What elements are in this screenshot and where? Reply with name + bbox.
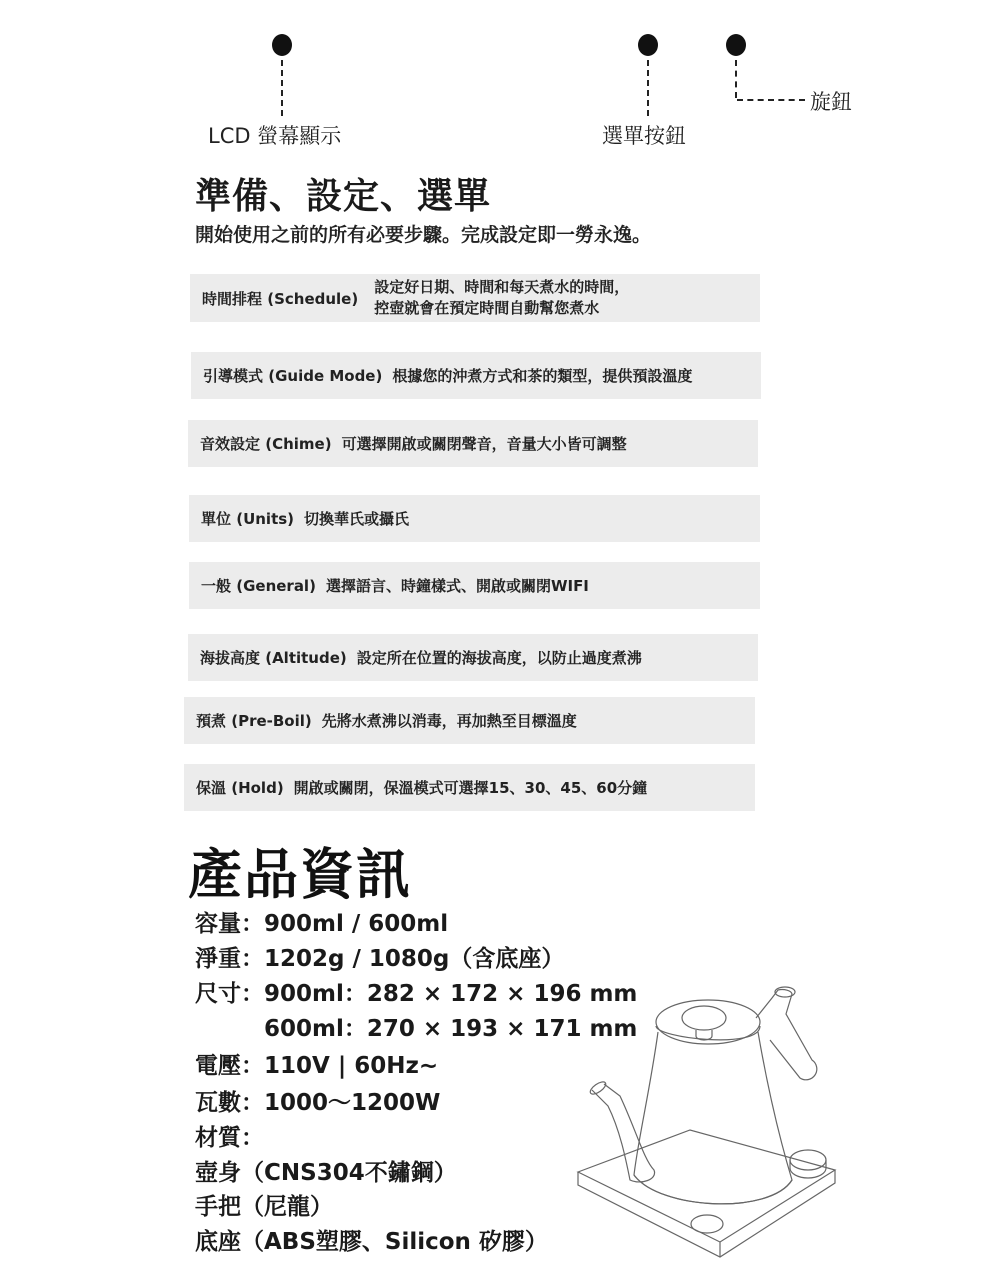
menu-button-callout-label: 選單按鈕 (602, 120, 686, 150)
menu-item-desc-line2: 控壺就會在預定時間自動幫您煮水 (374, 298, 629, 319)
menu-item-desc: 先將水煮沸以消毒，再加熱至目標溫度 (322, 710, 577, 731)
lcd-callout-dot (272, 34, 292, 56)
menu-item-term: 音效設定 (Chime) (200, 433, 332, 454)
spec-capacity: 容量：900ml / 600ml (195, 905, 448, 938)
lcd-callout-line (281, 60, 283, 116)
product-info-title: 產品資訊 (188, 832, 412, 909)
spec-wattage: 瓦數：1000～1200W (195, 1084, 440, 1117)
menu-item-desc: 設定好日期、時間和每天煮水的時間， 控壺就會在預定時間自動幫您煮水 (374, 277, 629, 319)
spec-material-base: 底座（ABS塑膠、Silicon 矽膠） (195, 1223, 548, 1256)
menu-item-term: 預煮 (Pre-Boil) (196, 710, 312, 731)
menu-item-desc: 選擇語言、時鐘樣式、開啟或關閉WIFI (326, 575, 589, 596)
menu-item-desc: 切換華氏或攝氏 (304, 508, 409, 529)
knob-callout-dot (726, 34, 746, 56)
menu-item-guide-mode: 引導模式 (Guide Mode) 根據您的沖煮方式和茶的類型，提供預設溫度 (191, 352, 761, 399)
menu-item-term: 保溫 (Hold) (196, 777, 284, 798)
menu-item-hold: 保溫 (Hold) 開啟或關閉，保溫模式可選擇15、30、45、60分鐘 (184, 764, 755, 811)
menu-item-desc: 設定所在位置的海拔高度，以防止過度煮沸 (357, 647, 642, 668)
menu-item-pre-boil: 預煮 (Pre-Boil) 先將水煮沸以消毒，再加熱至目標溫度 (184, 697, 755, 744)
menu-item-schedule: 時間排程 (Schedule) 設定好日期、時間和每天煮水的時間， 控壺就會在預… (190, 274, 760, 322)
setup-title: 準備、設定、選單 (195, 168, 491, 219)
menu-item-desc: 根據您的沖煮方式和茶的類型，提供預設溫度 (392, 365, 692, 386)
menu-button-callout-dot (638, 34, 658, 56)
menu-item-term: 海拔高度 (Altitude) (200, 647, 347, 668)
menu-item-term: 單位 (Units) (201, 508, 294, 529)
menu-item-desc: 開啟或關閉，保溫模式可選擇15、30、45、60分鐘 (294, 777, 648, 798)
lcd-callout-label: LCD 螢幕顯示 (208, 120, 341, 150)
menu-item-desc: 可選擇開啟或關閉聲音，音量大小皆可調整 (342, 433, 627, 454)
spec-material-body: 壺身（CNS304不鏽鋼） (195, 1154, 457, 1187)
menu-item-general: 一般 (General) 選擇語言、時鐘樣式、開啟或關閉WIFI (189, 562, 760, 609)
spec-material-label: 材質： (195, 1119, 264, 1152)
menu-item-term: 時間排程 (Schedule) (202, 288, 358, 309)
knob-callout-line (735, 60, 737, 98)
spec-voltage: 電壓：110V | 60Hz~ (195, 1047, 438, 1080)
knob-callout-label: 旋鈕 (810, 86, 852, 116)
menu-item-desc-line1: 設定好日期、時間和每天煮水的時間， (374, 277, 629, 298)
spec-material-handle: 手把（尼龍） (195, 1188, 333, 1221)
spec-weight: 淨重：1202g / 1080g（含底座） (195, 940, 564, 973)
menu-item-term: 一般 (General) (201, 575, 316, 596)
menu-button-callout-line (647, 60, 649, 116)
kettle-illustration-icon (570, 980, 850, 1268)
knob-callout-hline (737, 99, 805, 101)
menu-item-units: 單位 (Units) 切換華氏或攝氏 (189, 495, 760, 542)
setup-subtitle: 開始使用之前的所有必要步驟。完成設定即一勞永逸。 (195, 220, 651, 247)
menu-item-chime: 音效設定 (Chime) 可選擇開啟或關閉聲音，音量大小皆可調整 (188, 420, 758, 467)
menu-item-term: 引導模式 (Guide Mode) (203, 365, 382, 386)
menu-item-altitude: 海拔高度 (Altitude) 設定所在位置的海拔高度，以防止過度煮沸 (188, 634, 758, 681)
